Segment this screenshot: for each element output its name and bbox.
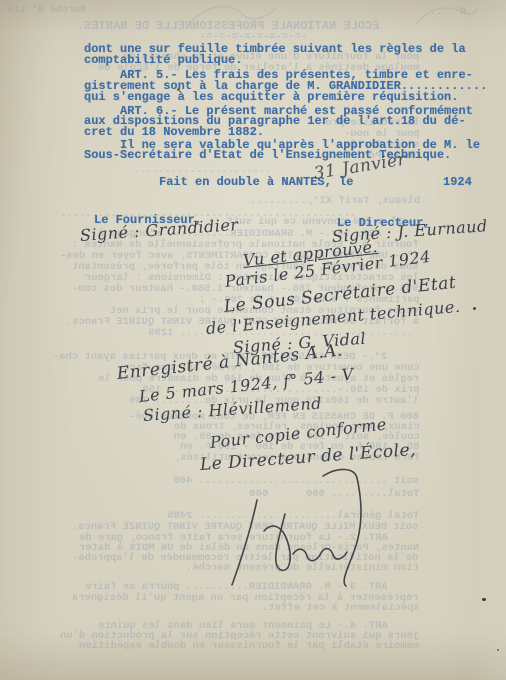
paper-speck <box>473 307 476 310</box>
bleedthrough-line: ...................... <box>133 165 272 176</box>
bleedthrough-line: ART. 4.- Le paiement aura lieu dans les … <box>98 621 419 632</box>
bleedthrough-line: mémoire établi par le fournisseur en dou… <box>79 641 419 652</box>
bleedthrough-line: représenter à la réception par un agent … <box>72 593 419 604</box>
document-page: Marché N° 119N° ...ECOLE NATIONALE PROFE… <box>0 0 506 680</box>
typed-line: comptabilité publique. <box>84 55 487 66</box>
bleedthrough-line: spécialement à cet effet. <box>262 603 420 614</box>
paper-speck <box>497 649 499 651</box>
bleedthrough-line: jours qui suivront cette réception sur l… <box>60 631 419 642</box>
bleedthrough-line: .. .... <box>18 658 62 669</box>
bleedthrough-scribble <box>180 0 480 30</box>
typed-line: qui s'engage à les acquitter à première … <box>84 92 487 103</box>
typed-line: Sous-Secrétaire d'Etat de l'Enseignement… <box>84 150 487 161</box>
typed-line: cret du 18 Novembre 1882. <box>84 127 487 138</box>
director-signature-flourish <box>205 462 425 592</box>
bleedthrough-line: -=-=-=-=-=-=-=-=- <box>200 32 307 43</box>
bleedthrough-line: Marché N° 119 <box>8 6 86 16</box>
execution-date-year: 1924 <box>443 177 472 188</box>
paper-speck <box>482 598 486 601</box>
typed-body: dont une sur feuille timbrée suivant les… <box>84 44 487 161</box>
paper-speck <box>177 88 180 91</box>
bleedthrough-line: bleaux, Tarif XI°,......... <box>250 196 420 207</box>
